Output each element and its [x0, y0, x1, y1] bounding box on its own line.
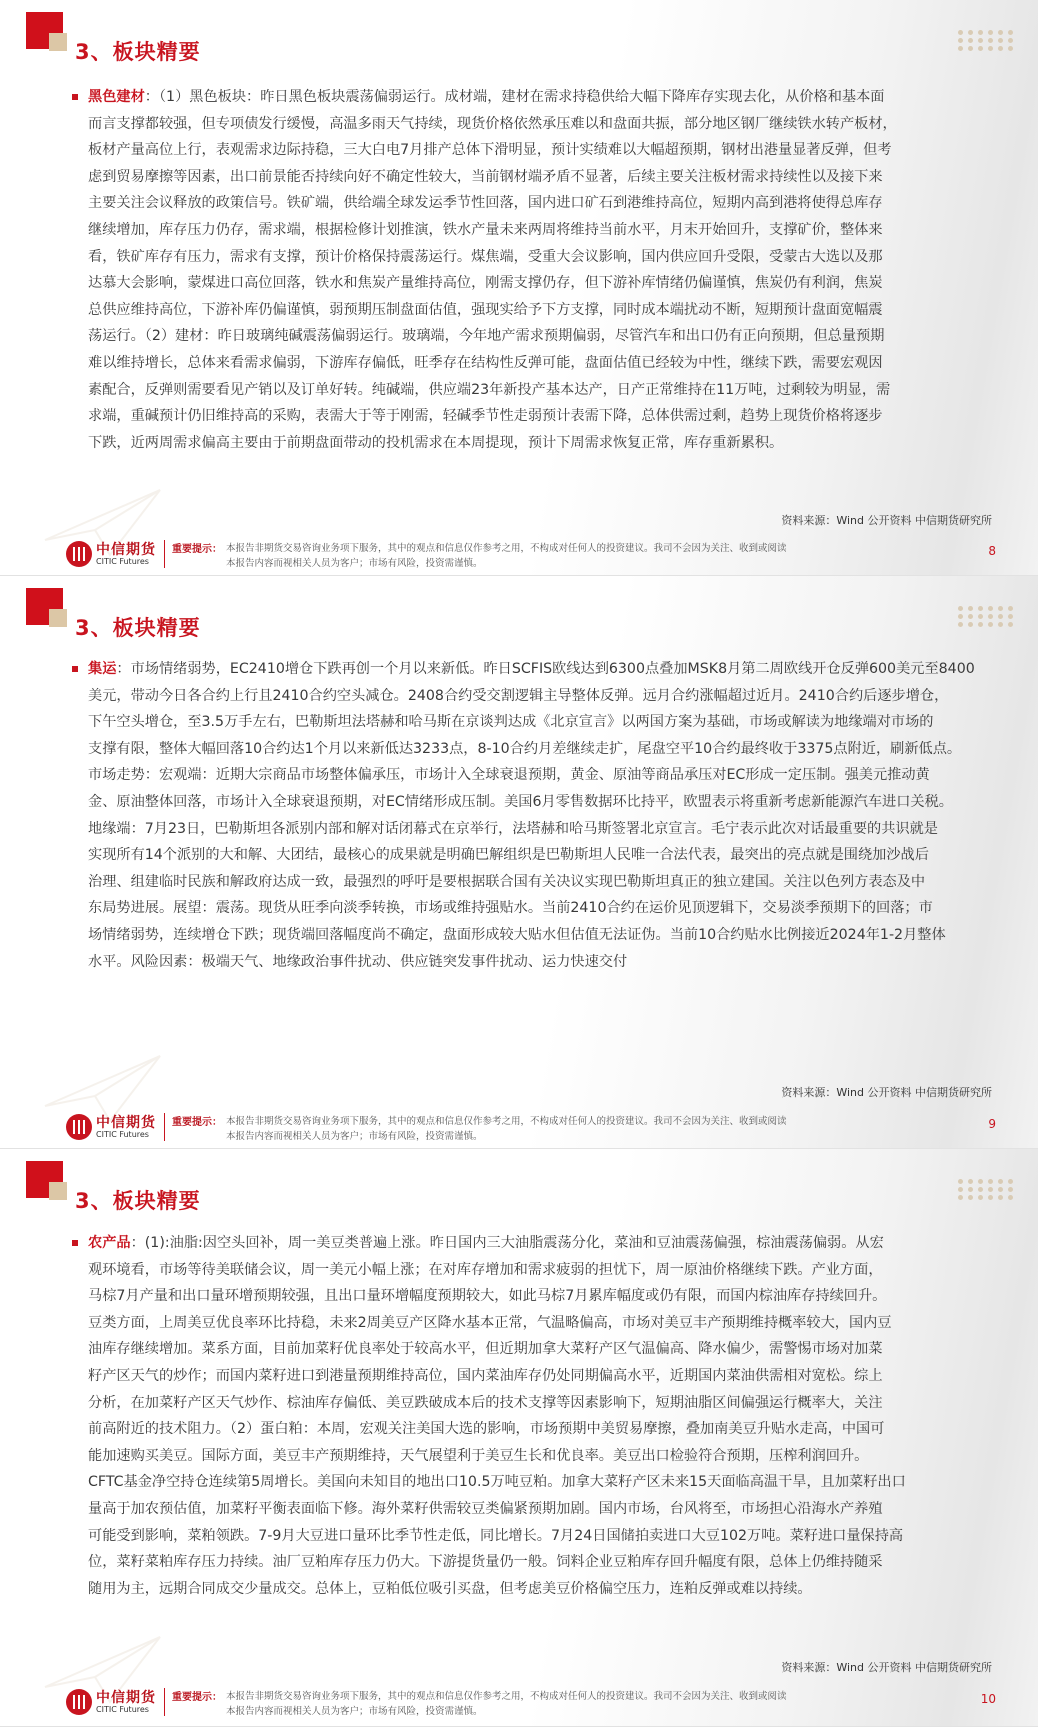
paragraph-line: 求端，重碱预计仍旧维持高的采购，表需大于等于刚需，轻碱季节性走弱预计表需下降，总… [88, 403, 998, 430]
paragraph-line: 前高附近的技术阻力。（2）蛋白粕：本周，宏观关注美国大选的影响，市场预期中美贸易… [88, 1416, 998, 1443]
disclaimer-text: 本报告内容而视相关人员为客户；市场有风险，投资需谨慎。 [226, 1128, 483, 1142]
page-number: 10 [981, 1692, 996, 1706]
paragraph-line: 下午空头增仓，至3.5万手左右，巴勒斯坦法塔赫和哈马斯在京谈判达成《北京宣言》以… [88, 709, 998, 736]
disclaimer-text: 本报告内容而视相关人员为客户；市场有风险，投资需谨慎。 [226, 555, 483, 569]
paragraph-line: 总供应维持高位，下游补库仍偏谨慎，弱预期压制盘面估值，强现实给予下方支撑，同时成… [88, 297, 998, 324]
slide-title: 3、板块精要 [75, 612, 201, 642]
section-paragraph: 集运：市场情绪弱势，EC2410增仓下跌再创一个月以来新低。昨日SCFIS欧线达… [88, 656, 998, 975]
paragraph-line: 可能受到影响，菜粕领跌。7-9月大豆进口量环比季节性走低，同比增长。7月24日国… [88, 1523, 998, 1550]
citic-logo: 中信期货 CITIC Futures [66, 538, 166, 570]
footer: 中信期货 CITIC Futures 重要提示： 本报告非期货交易咨询业务项下服… [66, 538, 996, 570]
paragraph-line: 豆类方面，上周美豆优良率环比持稳，未来2周美豆产区降水基本正常，气温略偏高，市场… [88, 1310, 998, 1337]
citic-logo: 中信期货 CITIC Futures [66, 1111, 166, 1143]
page-number: 9 [988, 1117, 996, 1131]
disclaimer-text: 本报告内容而视相关人员为客户；市场有风险，投资需谨慎。 [226, 1703, 483, 1717]
disclaimer-text: 本报告非期货交易咨询业务项下服务，其中的观点和信息仅作参考之用，不构成对任何人的… [226, 1688, 787, 1702]
paragraph-line: 农产品：(1):油脂:因空头回补，周一美豆类普遍上涨。昨日国内三大油脂震荡分化，… [88, 1230, 998, 1257]
paragraph-line: 东局势进展。展望：震荡。现货从旺季向淡季转换，市场或维持强贴水。当前2410合约… [88, 895, 998, 922]
section-paragraph: 农产品：(1):油脂:因空头回补，周一美豆类普遍上涨。昨日国内三大油脂震荡分化，… [88, 1230, 998, 1602]
paragraph-line: 位，菜籽菜粕库存压力持续。油厂豆粕库存压力仍大。下游提货量仍一般。饲料企业豆粕库… [88, 1549, 998, 1576]
paragraph-line: 实现所有14个派别的大和解、大团结，最核心的成果就是明确巴解组织是巴勒斯坦人民唯… [88, 842, 998, 869]
disclaimer-text: 本报告非期货交易咨询业务项下服务，其中的观点和信息仅作参考之用，不构成对任何人的… [226, 540, 787, 554]
disclaimer-label: 重要提示： [172, 1113, 222, 1128]
page-number: 8 [988, 544, 996, 558]
section-paragraph: 黑色建材：（1）黑色板块：昨日黑色板块震荡偏弱运行。成材端，建材在需求持稳供给大… [88, 84, 998, 456]
paragraph-line: 水平。风险因素：极端天气、地缘政治事件扰动、供应链突发事件扰动、运力快速交付 [88, 949, 998, 976]
paragraph-line: 素配合，反弹则需要看见产销以及订单好转。纯碱端，供应端23年新投产基本达产，日产… [88, 377, 998, 404]
paragraph-line: 主要关注会议释放的政策信号。铁矿端，供给端全球发运季节性回落，国内进口矿石到港维… [88, 190, 998, 217]
bullet-icon [72, 666, 78, 672]
paragraph-line: 分析，在加菜籽产区天气炒作、棕油库存偏低、美豆跌破成本后的技术支撑等因素影响下，… [88, 1390, 998, 1417]
section-lead: 集运 [88, 661, 116, 677]
paragraph-line: 达慕大会影响，蒙煤进口高位回落，铁水和焦炭产量维持高位，刚需支撑仍存，但下游补库… [88, 270, 998, 297]
paragraph-line: 美元，带动今日各合约上行且2410合约空头减仓。2408合约受交割逻辑主导整体反… [88, 683, 998, 710]
citic-logo-icon [66, 1114, 92, 1140]
paragraph-line: 治理、组建临时民族和解政府达成一致，最强烈的呼吁是要根据联合国有关决议实现巴勒斯… [88, 869, 998, 896]
paragraph-line: 黑色建材：（1）黑色板块：昨日黑色板块震荡偏弱运行。成材端，建材在需求持稳供给大… [88, 84, 998, 111]
paragraph-line: 随用为主，远期合同成交少量成交。总体上，豆粕低位吸引买盘，但考虑美豆价格偏空压力… [88, 1576, 998, 1603]
paragraph-line: 籽产区天气的炒作；而国内菜籽进口到港量预期维持高位，国内菜油库存仍处同期偏高水平… [88, 1363, 998, 1390]
paragraph-line: 板材产量高位上行，表观需求边际持稳，三大白电7月排产总体下滑明显，预计实绩难以大… [88, 137, 998, 164]
paragraph-line: 场情绪弱势，连续增仓下跌；现货端回落幅度尚不确定，盘面形成较大贴水但估值无法证伪… [88, 922, 998, 949]
corner-decoration-tan [49, 1182, 67, 1200]
paragraph-line: 能加速购买美豆。国际方面，美豆丰产预期维持，天气展望利于美豆生长和优良率。美豆出… [88, 1443, 998, 1470]
dot-grid-icon [958, 30, 1016, 52]
paragraph-line: 金、原油整体回落，市场计入全球衰退预期，对EC情绪形成压制。美国6月零售数据环比… [88, 789, 998, 816]
paragraph-line: 油库存继续增加。菜系方面，目前加菜籽优良率处于较高水平，但近期加拿大菜籽产区气温… [88, 1336, 998, 1363]
paragraph-line: 下跌，近两周需求偏高主要由于前期盘面带动的投机需求在本周提现，预计下周需求恢复正… [88, 430, 998, 457]
disclaimer-label: 重要提示： [172, 1688, 222, 1703]
paragraph-line: 荡运行。（2）建材：昨日玻璃纯碱震荡偏弱运行。玻璃端，今年地产需求预期偏弱，尽管… [88, 323, 998, 350]
paragraph-line: CFTC基金净空持仓连续第5周增长。美国向未知目的地出口10.5万吨豆粕。加拿大… [88, 1469, 998, 1496]
slide-title: 3、板块精要 [75, 1185, 201, 1215]
bullet-icon [72, 1240, 78, 1246]
paragraph-line: 而言支撑都较强，但专项债发行缓慢，高温多雨天气持续，现货价格依然承压难以和盘面共… [88, 111, 998, 138]
paragraph-line: 马棕7月产量和出口量环增预期较强，且出口量环增幅度预期较大，如此马棕7月累库幅度… [88, 1283, 998, 1310]
citic-logo-icon [66, 1689, 92, 1715]
corner-decoration-tan [49, 33, 67, 51]
paragraph-line: 观环境看，市场等待美联储会议，周一美元小幅上涨；在对库存增加和需求疲弱的担忧下，… [88, 1257, 998, 1284]
footer-divider [164, 540, 165, 568]
paragraph-line: 量高于加农预估值，加菜籽平衡表面临下修。海外菜籽供需较豆类偏紧预期加剧。国内市场… [88, 1496, 998, 1523]
dot-grid-icon [958, 606, 1016, 628]
paragraph-line: 支撑有限，整体大幅回落10合约达1个月以来新低达3233点，8-10合约月差继续… [88, 736, 998, 763]
paragraph-line: 继续增加，库存压力仍存，需求端，根据检修计划推演，铁水产量未来两周将维持当前水平… [88, 217, 998, 244]
footer: 中信期货 CITIC Futures 重要提示： 本报告非期货交易咨询业务项下服… [66, 1111, 996, 1143]
data-source: 资料来源：Wind 公开资料 中信期货研究所 [781, 1084, 992, 1100]
section-lead: 黑色建材 [88, 89, 145, 105]
paragraph-line: 集运：市场情绪弱势，EC2410增仓下跌再创一个月以来新低。昨日SCFIS欧线达… [88, 656, 998, 683]
paragraph-line: 看，铁矿库存有压力，需求有支撑，预计价格保持震荡运行。煤焦端，受重大会议影响，国… [88, 244, 998, 271]
paragraph-line: 虑到贸易摩擦等因素，出口前景能否持续向好不确定性较大，当前钢材端矛盾不显著，后续… [88, 164, 998, 191]
slide-page-8: 3、板块精要 黑色建材：（1）黑色板块：昨日黑色板块震荡偏弱运行。成材端，建材在… [0, 0, 1038, 576]
footer: 中信期货 CITIC Futures 重要提示： 本报告非期货交易咨询业务项下服… [66, 1686, 996, 1718]
footer-divider [164, 1688, 165, 1716]
slide-page-9: 3、板块精要 集运：市场情绪弱势，EC2410增仓下跌再创一个月以来新低。昨日S… [0, 576, 1038, 1149]
paragraph-line: 市场走势：宏观端：近期大宗商品市场整体偏承压，市场计入全球衰退预期，黄金、原油等… [88, 762, 998, 789]
bullet-icon [72, 94, 78, 100]
data-source: 资料来源：Wind 公开资料 中信期货研究所 [781, 512, 992, 528]
citic-logo: 中信期货 CITIC Futures [66, 1686, 166, 1718]
disclaimer-text: 本报告非期货交易咨询业务项下服务，其中的观点和信息仅作参考之用，不构成对任何人的… [226, 1113, 787, 1127]
corner-decoration-tan [49, 609, 67, 627]
citic-logo-icon [66, 541, 92, 567]
disclaimer-label: 重要提示： [172, 540, 222, 555]
slide-title: 3、板块精要 [75, 36, 201, 66]
footer-divider [164, 1113, 165, 1141]
section-lead: 农产品 [88, 1235, 131, 1251]
paragraph-line: 难以维持增长，总体来看需求偏弱，下游库存偏低，旺季存在结构性反弹可能，盘面估值已… [88, 350, 998, 377]
data-source: 资料来源：Wind 公开资料 中信期货研究所 [781, 1659, 992, 1675]
slide-page-10: 3、板块精要 农产品：(1):油脂:因空头回补，周一美豆类普遍上涨。昨日国内三大… [0, 1149, 1038, 1727]
dot-grid-icon [958, 1179, 1016, 1201]
paragraph-line: 地缘端：7月23日，巴勒斯坦各派别内部和解对话闭幕式在京举行，法塔赫和哈马斯签署… [88, 816, 998, 843]
